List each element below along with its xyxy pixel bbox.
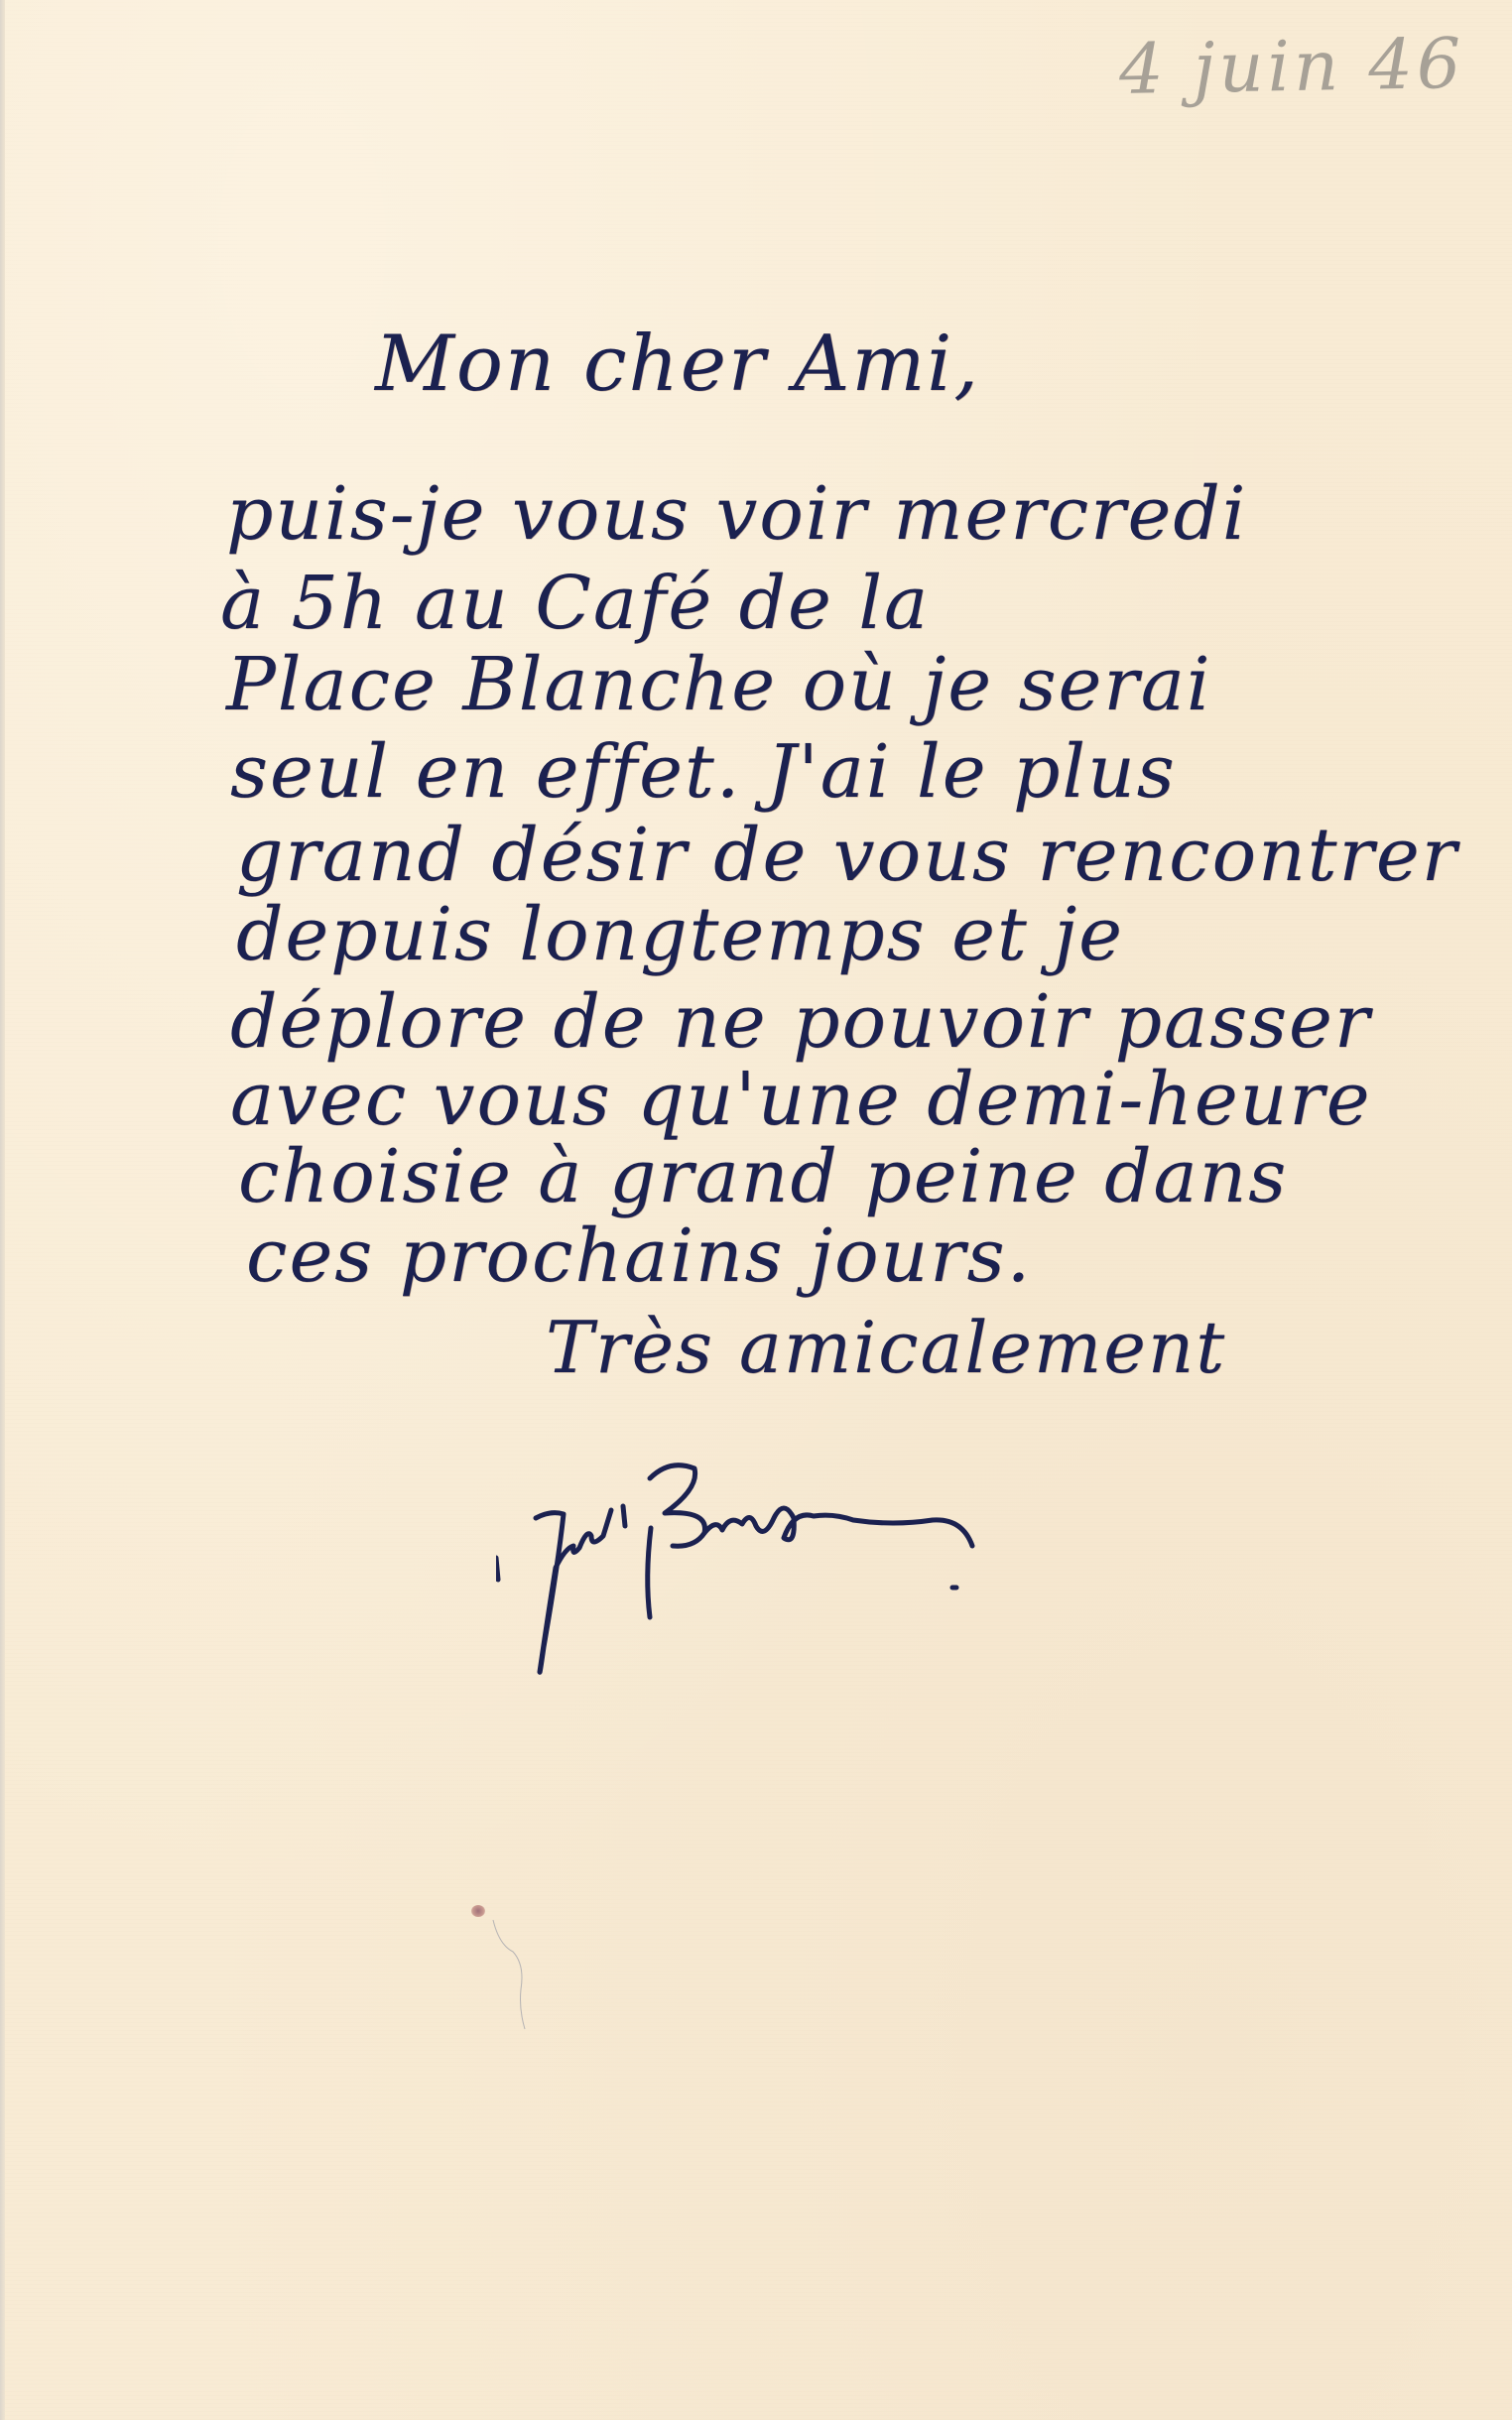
body-line-1: puis-je vous voir mercredi [226,474,1247,554]
body-line-2: à 5h au Café de la [220,564,930,643]
signature: André Breton [496,1419,1468,1697]
letter-page: 4 juin 46 Mon cher Ami, puis-je vous voi… [0,0,1512,2420]
signature-scrawl-icon [496,1419,1468,1697]
body-line-6: depuis longtemps et je [236,895,1124,974]
paper-edge [0,0,5,2420]
date-annotation: 4 juin 46 [1118,19,1465,114]
paper-crease-icon [491,1920,551,2039]
salutation: Mon cher Ami, [375,319,980,409]
closing: Très amicalement [546,1308,1226,1387]
body-line-10: ces prochains jours. [246,1216,1032,1296]
body-line-7: déplore de ne pouvoir passer [230,982,1371,1062]
body-line-8: avec vous qu'une demi-heure [230,1060,1372,1139]
body-line-3: Place Blanche où je serai [226,645,1212,724]
body-line-5: grand désir de vous rencontrer [236,816,1458,895]
body-line-9: choisie à grand peine dans [238,1137,1288,1216]
paper-stain [471,1905,485,1917]
body-line-4: seul en effet. J'ai le plus [230,732,1177,812]
